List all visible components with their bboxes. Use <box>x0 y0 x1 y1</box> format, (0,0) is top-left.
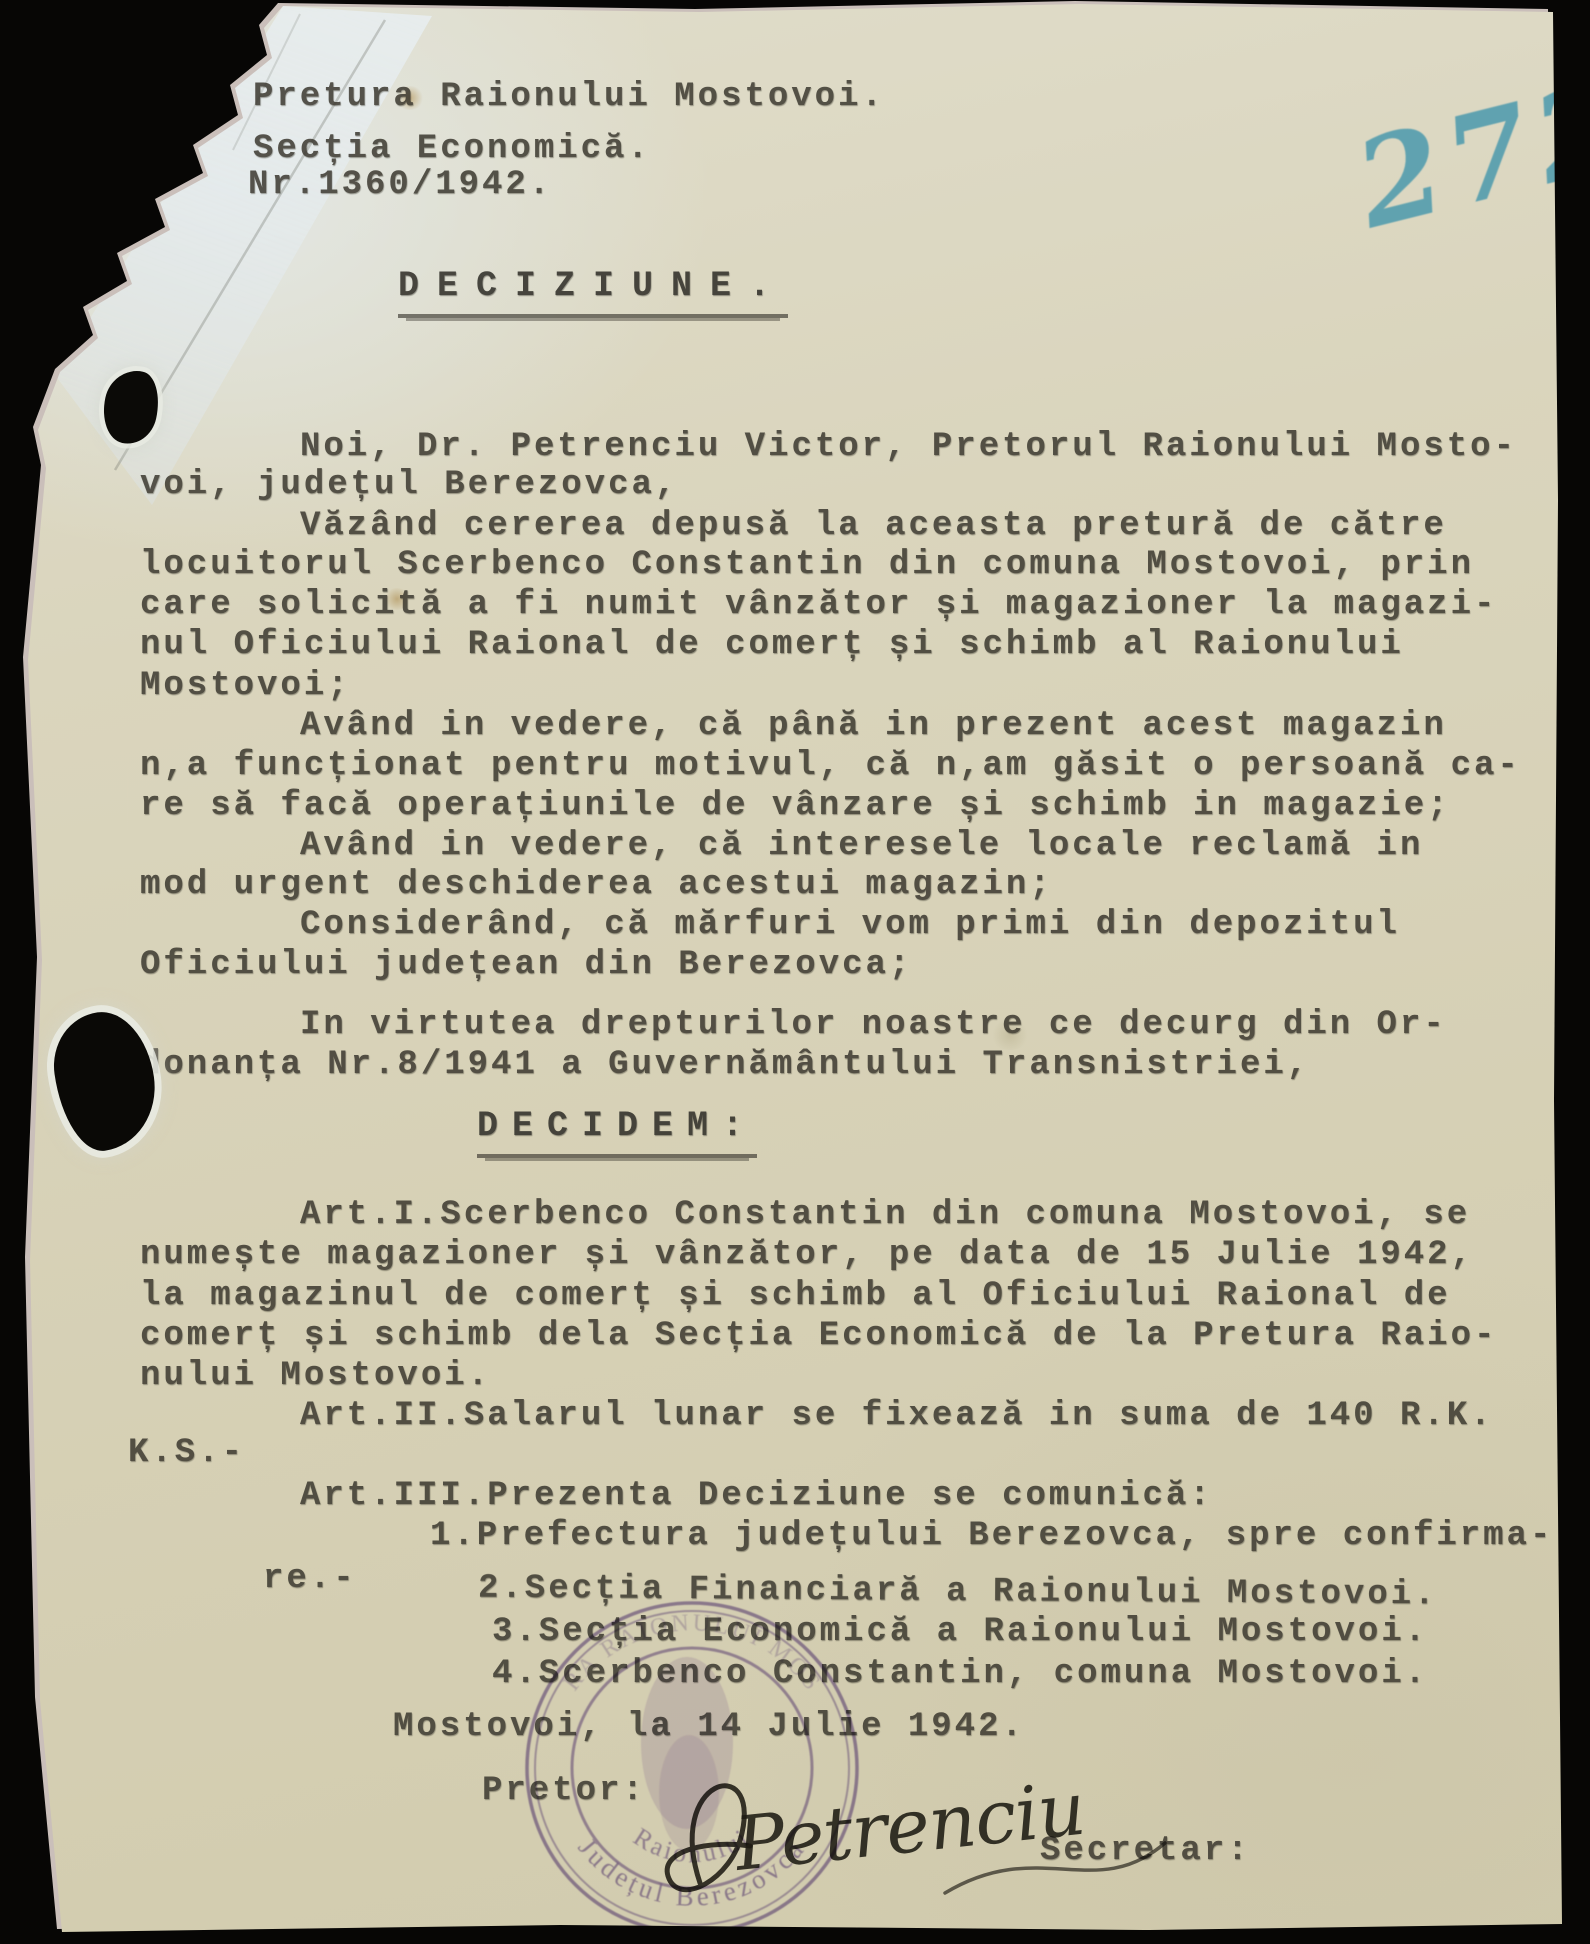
preamble-line: donanța Nr.8/1941 a Guvernământului Tran… <box>140 1046 1310 1084</box>
preamble-line: Noi, Dr. Petrenciu Victor, Pretorul Raio… <box>300 428 1517 466</box>
distribution-line: re.- <box>263 1560 357 1598</box>
decision-heading: DECIDEM: <box>477 1106 757 1158</box>
preamble-line: Văzând cererea depusă la aceasta pretură… <box>300 507 1447 545</box>
scanned-document-page: Pretura Raionului Mostovoi. Secția Econo… <box>0 0 1590 1944</box>
paper-sheet: Pretura Raionului Mostovoi. Secția Econo… <box>0 0 1590 1944</box>
preamble-line: n,a funcționat pentru motivul, că n,am g… <box>140 747 1521 785</box>
article-line: comerț și schimb dela Secția Economică d… <box>140 1317 1497 1355</box>
document-title: DECIZIUNE. <box>398 266 788 318</box>
preamble-line: care solicită a fi numit vânzător și mag… <box>140 586 1497 624</box>
article-line: la magazinul de comerț și schimb al Ofic… <box>140 1277 1451 1315</box>
article-line: K.S.- <box>128 1434 245 1472</box>
preamble-line: Având in vedere, că interesele locale re… <box>300 827 1423 865</box>
preamble-line: voi, județul Berezovca, <box>140 466 678 504</box>
letterhead-number: Nr.1360/1942. <box>248 166 552 204</box>
distribution-line: 1.Prefectura județului Berezovca, spre c… <box>430 1517 1553 1555</box>
preamble-line: mod urgent deschiderea acestui magazin; <box>140 866 1053 904</box>
article-line: numește magazioner și vânzător, pe data … <box>140 1236 1474 1274</box>
pretor-signature: Petrenciu <box>590 1718 1170 1928</box>
preamble-line: Având in vedere, că până in prezent aces… <box>300 707 1447 745</box>
letterhead-office: Pretura Raionului Mostovoi. <box>253 78 885 116</box>
preamble-line: Oficiului județean din Berezovca; <box>140 946 912 984</box>
article-line: Art.I.Scerbenco Constantin din comuna Mo… <box>300 1196 1470 1234</box>
preamble-line: re să facă operațiunile de vânzare și sc… <box>140 787 1451 825</box>
article-line: Art.II.Salarul lunar se fixează in suma … <box>300 1397 1494 1435</box>
preamble-line: locuitorul Scerbenco Constantin din comu… <box>140 546 1474 584</box>
preamble-line: Considerând, că mărfuri vom primi din de… <box>300 906 1400 944</box>
letterhead-section: Secția Economică. <box>253 130 651 168</box>
article-line: nului Mostovoi. <box>140 1357 491 1395</box>
preamble-line: nul Oficiului Raional de comerț și schim… <box>140 626 1404 664</box>
preamble-line: Mostovoi; <box>140 667 351 705</box>
preamble-line: In virtutea drepturilor noastre ce decur… <box>300 1006 1447 1044</box>
article-line: Art.III.Prezenta Deciziune se comunică: <box>300 1477 1213 1515</box>
